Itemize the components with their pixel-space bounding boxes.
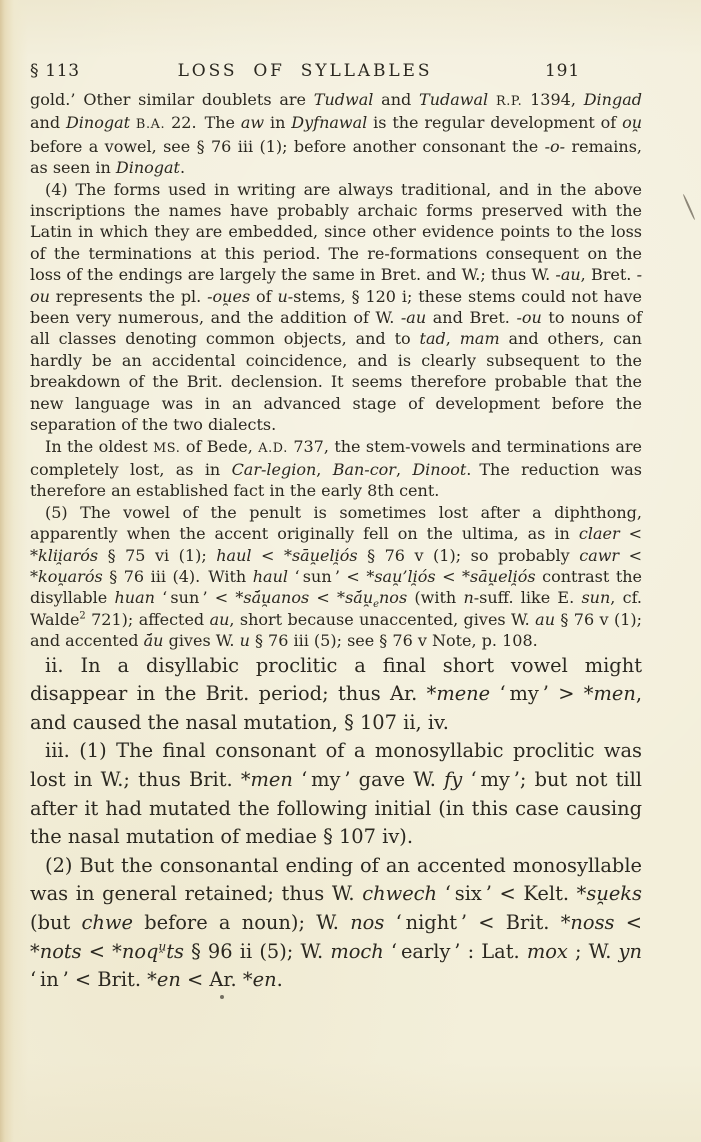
text-segment: -ou̯es: [207, 287, 250, 306]
text-segment: (5) The vowel of the penult is sometimes…: [30, 503, 642, 543]
text-segment: in: [264, 113, 291, 132]
paragraph: iii. (1) The final consonant of a monosy…: [30, 737, 642, 851]
text-segment: kou̯arós: [38, 567, 103, 586]
text-segment: ,: [316, 460, 332, 479]
text-segment: Dyfnawal: [291, 113, 367, 132]
text-segment: § 76 iii (5); see § 76 v Note, p. 108.: [250, 631, 538, 650]
text-segment: R.P.: [496, 94, 522, 109]
text-segment: en: [157, 968, 181, 991]
text-segment: < *: [82, 940, 122, 963]
text-segment: ‘ sun ’ < *: [155, 588, 244, 607]
paragraph: (2) But the consonantal ending of an acc…: [30, 852, 642, 995]
text-segment: au: [535, 610, 555, 629]
text-segment: gold.’ Other similar doublets are: [30, 90, 314, 109]
text-segment: ‘ in ’ < Brit. *: [30, 968, 157, 991]
text-segment: ‘ sun ’ < *: [288, 567, 374, 586]
text-segment: Tudwal: [314, 90, 374, 109]
text-segment: before a noun); W.: [133, 911, 350, 934]
text-segment: ts: [166, 940, 184, 963]
text-segment: ,: [396, 460, 412, 479]
text-segment: , short because unaccented, gives W.: [229, 610, 535, 629]
text-segment: -au: [401, 308, 426, 327]
text-segment: § 76 v (1); so probably: [358, 546, 580, 565]
text-segment: huan: [114, 588, 154, 607]
text-segment: ou̯: [622, 113, 642, 132]
text-segment: men: [593, 682, 635, 705]
text-segment: is the regular development of: [367, 113, 622, 132]
text-segment: noss: [570, 911, 614, 934]
text-segment: Tudawal: [419, 90, 488, 109]
text-segment: nos: [379, 588, 407, 607]
text-segment: fy: [444, 768, 462, 791]
text-segment: klii̯arós: [38, 546, 98, 565]
text-segment: men: [251, 768, 293, 791]
running-title: LOSS OF SYLLABLES: [178, 61, 433, 81]
text-segment: Dinoot: [412, 460, 466, 479]
text-segment: ; W.: [568, 940, 619, 963]
text-segment: (4) The forms used in writing are always…: [30, 180, 642, 285]
text-segment: before a vowel, see § 76 iii (1); before…: [30, 137, 545, 156]
text-segment: claer: [579, 524, 620, 543]
text-segment: su̯eks: [586, 882, 642, 905]
text-segment: [488, 90, 496, 109]
text-segment: 1394,: [522, 90, 583, 109]
text-segment: and: [30, 113, 66, 132]
text-segment: sun: [581, 588, 610, 607]
text-segment: ,: [446, 329, 460, 348]
text-segment: sāu̯eli̯ós: [470, 567, 536, 586]
text-segment: sā́u̯anos: [243, 588, 309, 607]
text-segment: ‘ early ’ : Lat.: [384, 940, 527, 963]
text-segment: and: [373, 90, 419, 109]
text-segment: sā́u̯: [345, 588, 373, 607]
text-segment: , Bret.: [581, 265, 637, 284]
book-page: § 113 LOSS OF SYLLABLES 191 gold.’ Other…: [0, 0, 701, 1142]
text-body: gold.’ Other similar doublets are Tudwal…: [30, 89, 642, 995]
text-segment: moch: [330, 940, 383, 963]
text-segment: and Bret.: [426, 308, 516, 327]
text-segment: represents the pl.: [50, 287, 207, 306]
text-segment: haul: [253, 567, 288, 586]
text-segment: sāu̯eli̯ós: [292, 546, 358, 565]
text-segment: aw: [241, 113, 264, 132]
text-segment: < *: [252, 546, 292, 565]
text-segment: chwe: [82, 911, 133, 934]
text-segment: -ou: [516, 308, 541, 327]
text-segment: yn: [619, 940, 642, 963]
text-segment: § 75 vi (1);: [98, 546, 216, 565]
text-segment: A.D.: [258, 441, 288, 456]
text-segment: ‘ my ’ > *: [490, 682, 593, 705]
text-segment: en: [253, 968, 277, 991]
text-segment: sau̯’li̯ós: [374, 567, 435, 586]
text-segment: In the oldest: [45, 437, 153, 456]
text-segment: of: [250, 287, 277, 306]
margin-pen-mark: [682, 194, 695, 220]
text-segment: .: [277, 968, 283, 991]
page-number: 191: [545, 61, 580, 81]
text-segment: mox: [527, 940, 568, 963]
paragraph: gold.’ Other similar doublets are Tudwal…: [30, 89, 642, 179]
text-segment: .: [180, 158, 185, 177]
text-segment: < *: [309, 588, 345, 607]
text-segment: ā́u: [144, 631, 164, 650]
text-segment: -suff. like E.: [474, 588, 582, 607]
text-segment: MS.: [153, 441, 180, 456]
text-segment: Dinogat: [66, 113, 130, 132]
text-segment: Car-legion: [232, 460, 317, 479]
text-segment: n: [463, 588, 473, 607]
text-segment: nos: [350, 911, 384, 934]
paragraph: (4) The forms used in writing are always…: [30, 179, 642, 436]
text-segment: Dinogat: [116, 158, 180, 177]
text-segment: mene: [436, 682, 490, 705]
text-segment: ‘ six ’ < Kelt. *: [437, 882, 586, 905]
text-segment: noq: [122, 940, 159, 963]
paragraph: In the oldest MS. of Bede, A.D. 737, the…: [30, 436, 642, 502]
text-segment: au: [210, 610, 230, 629]
text-segment: § 96 ii (5); W.: [184, 940, 330, 963]
page-header: § 113 LOSS OF SYLLABLES 191: [0, 61, 701, 85]
text-segment: chwech: [362, 882, 437, 905]
text-segment: tad: [420, 329, 446, 348]
text-segment: mam: [460, 329, 500, 348]
text-segment: -au: [555, 265, 580, 284]
paragraph: (5) The vowel of the penult is sometimes…: [30, 502, 642, 652]
text-segment: u: [240, 631, 250, 650]
text-segment: < Ar. *: [181, 968, 253, 991]
paragraph: ii. In a disyllabic proclitic a final sh…: [30, 652, 642, 738]
text-segment: 721); affected: [86, 610, 210, 629]
text-segment: ‘ my ’ gave W.: [293, 768, 444, 791]
text-segment: ‘ night ’ < Brit. *: [384, 911, 570, 934]
text-segment: Dingad: [584, 90, 642, 109]
text-segment: haul: [216, 546, 251, 565]
text-segment: (with: [407, 588, 463, 607]
text-segment: B.A.: [136, 117, 165, 132]
text-segment: u: [277, 287, 287, 306]
text-segment: (but: [30, 911, 82, 934]
text-segment: gives W.: [163, 631, 239, 650]
text-segment: Ban-cor: [333, 460, 396, 479]
ink-speck: [220, 995, 224, 999]
text-segment: nots: [40, 940, 82, 963]
text-segment: of Bede,: [180, 437, 258, 456]
text-segment: < *: [436, 567, 470, 586]
text-segment: cawr: [579, 546, 619, 565]
text-segment: § 76 iii (4). With: [103, 567, 253, 586]
text-segment: -o-: [545, 137, 565, 156]
text-segment: 22. The: [165, 113, 241, 132]
section-number: § 113: [30, 61, 80, 81]
